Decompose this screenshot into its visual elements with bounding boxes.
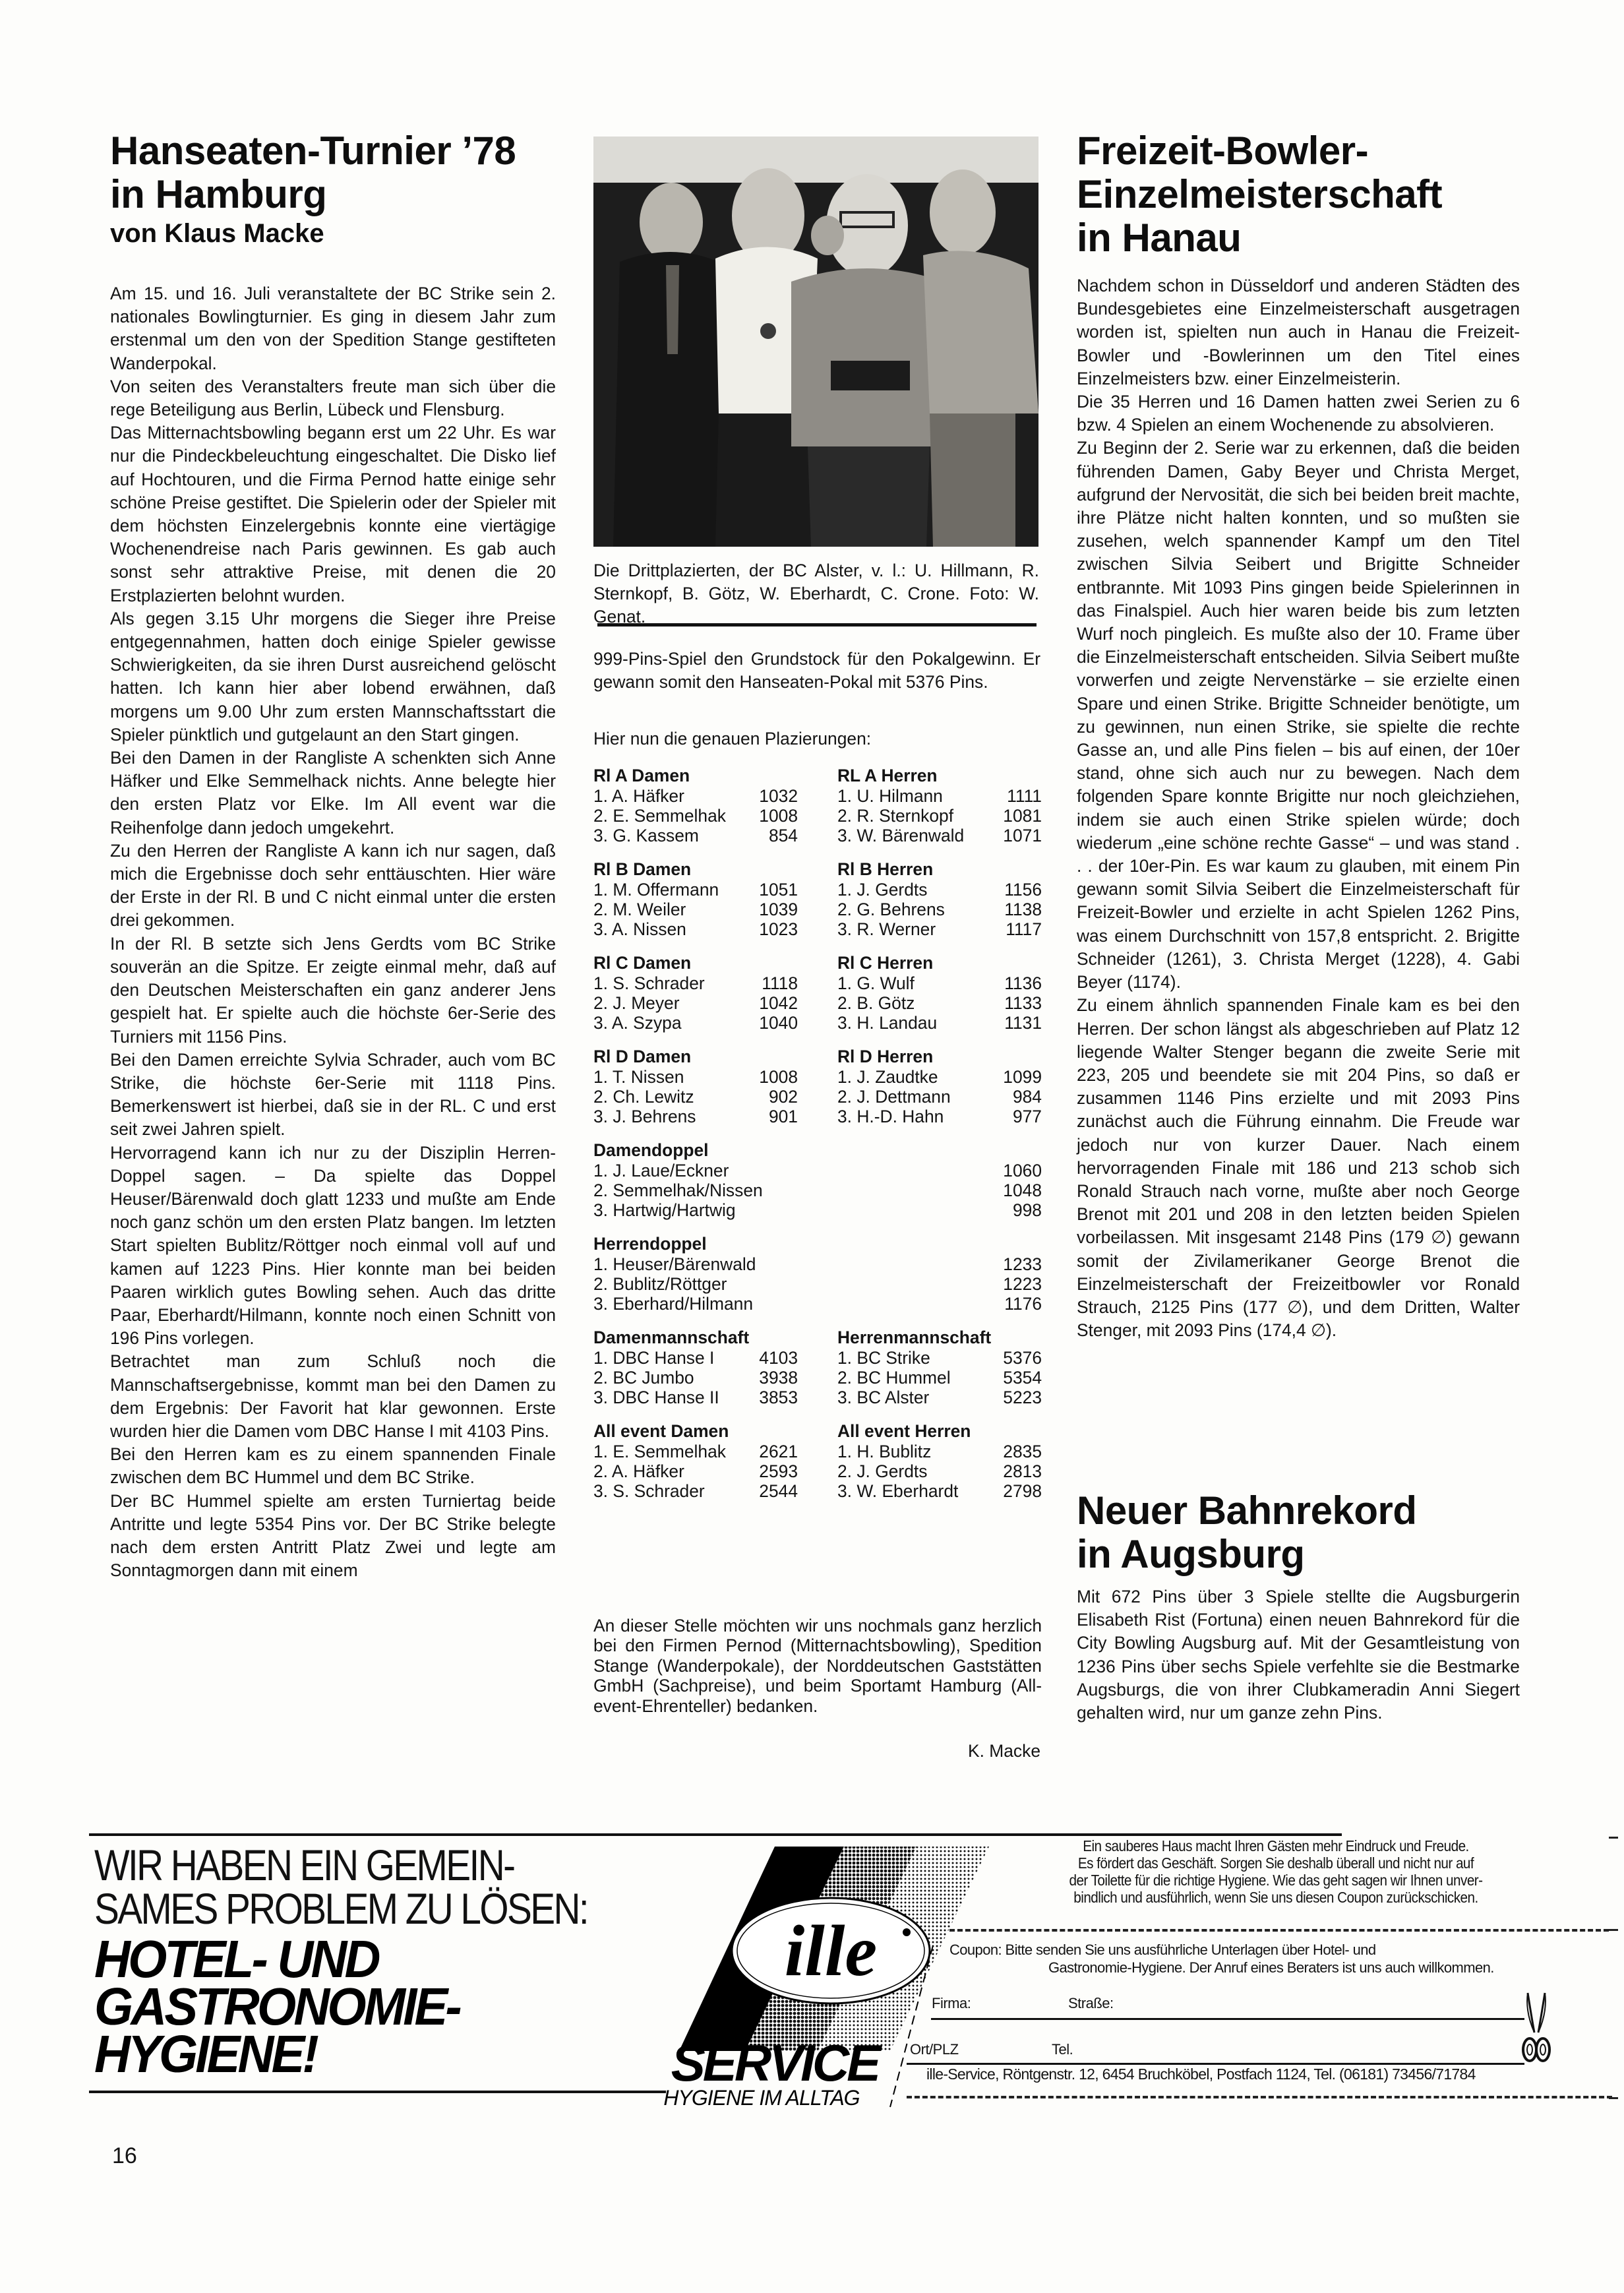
- paragraph: Der BC Hummel spielte am ersten Turniert…: [110, 1490, 556, 1583]
- score: 5376: [1003, 1348, 1042, 1368]
- score: 2621: [759, 1442, 798, 1461]
- crop-mark: [1609, 1929, 1618, 1931]
- player-name: 1. T. Nissen: [593, 1067, 684, 1087]
- ad-slogan: HOTEL- UND GASTRONOMIE- HYGIENE!: [94, 1936, 460, 2078]
- ad-copy-line: der Toilette für die richtige Hygiene. W…: [991, 1872, 1561, 1889]
- paragraph: Als gegen 3.15 Uhr morgens die Sieger ih…: [110, 607, 556, 747]
- player-name: 3. W. Eberhardt: [837, 1481, 958, 1501]
- author-signature: K. Macke: [923, 1741, 1040, 1761]
- score: 1136: [1004, 973, 1042, 993]
- result-entry: 2. J. Gerdts2813: [837, 1461, 1042, 1481]
- results-group-rlc-damen: Rl C Damen 1. S. Schrader1118 2. J. Meye…: [593, 952, 798, 1033]
- score: 1023: [759, 919, 798, 939]
- player-name: 2. Semmelhak/Nissen: [593, 1180, 763, 1200]
- results-row: Rl B Damen 1. M. Offermann1051 2. M. Wei…: [593, 859, 1042, 939]
- result-entry: 1. M. Offermann1051: [593, 880, 798, 900]
- player-name: 3. R. Werner: [837, 919, 936, 939]
- results-group-rla-herren: RL A Herren 1. U. Hilmann1111 2. R. Ster…: [837, 765, 1042, 845]
- result-entry: 2. E. Semmelhak1008: [593, 806, 798, 826]
- firma-strasse-input[interactable]: [931, 2018, 1524, 2020]
- group-title: Rl B Herren: [837, 859, 1042, 880]
- team-name: 1. DBC Hanse I: [593, 1348, 714, 1368]
- results-group-herrendoppel: Herrendoppel 1. Heuser/Bärenwald1233 2. …: [593, 1233, 1042, 1314]
- byline: von Klaus Macke: [110, 218, 556, 249]
- acknowledgement-text: An dieser Stelle möchten wir uns nochmal…: [593, 1616, 1042, 1716]
- result-entry: 1. BC Strike5376: [837, 1348, 1042, 1368]
- title-line: Neuer Bahnrekord: [1077, 1488, 1416, 1533]
- result-entry: 1. S. Schrader1118: [593, 973, 798, 993]
- score: 1039: [759, 900, 798, 919]
- player-name: 2. J. Gerdts: [837, 1461, 927, 1481]
- result-entry: 1. DBC Hanse I4103: [593, 1348, 798, 1368]
- title-line: Einzelmeisterschaft: [1077, 172, 1442, 216]
- player-name: 3. W. Bärenwald: [837, 826, 964, 845]
- paragraph: Betrachtet man zum Schluß noch die Manns…: [110, 1350, 556, 1443]
- result-entry: 3. Hartwig/Hartwig998: [593, 1200, 1042, 1220]
- team-name: 2. BC Hummel: [837, 1368, 951, 1388]
- ort-tel-input[interactable]: [907, 2063, 1524, 2065]
- result-entry: 1. J. Gerdts1156: [837, 880, 1042, 900]
- title-line: Hanseaten-Turnier ’78: [110, 129, 516, 173]
- score: 2813: [1003, 1461, 1042, 1481]
- svg-text:ille: ille: [785, 1911, 878, 1991]
- results-group-damenmannschaft: Damenmannschaft 1. DBC Hanse I4103 2. BC…: [593, 1327, 798, 1407]
- player-name: 1. J. Laue/Eckner: [593, 1161, 729, 1180]
- crop-mark: [1609, 2097, 1618, 2099]
- paragraph: Bei den Herren kam es zu einem spannende…: [110, 1443, 556, 1489]
- ad-copy-line: Ein sauberes Haus macht Ihren Gästen meh…: [991, 1837, 1561, 1854]
- svg-text:SERVICE: SERVICE: [671, 2034, 882, 2092]
- score: 2798: [1003, 1481, 1042, 1501]
- results-group-rlc-herren: Rl C Herren 1. G. Wulf1136 2. B. Götz113…: [837, 952, 1042, 1033]
- score: 1048: [1003, 1180, 1042, 1200]
- score: 901: [769, 1107, 798, 1126]
- result-entry: 3. S. Schrader2544: [593, 1481, 798, 1501]
- paragraph: Nachdem schon in Düsseldorf und anderen …: [1077, 274, 1520, 390]
- result-entry: 1. J. Zaudtke1099: [837, 1067, 1042, 1087]
- page-number: 16: [112, 2143, 137, 2169]
- result-entry: 2. Bublitz/Röttger1223: [593, 1274, 1042, 1294]
- player-name: 3. A. Szypa: [593, 1013, 682, 1033]
- player-name: 1. U. Hilmann: [837, 786, 943, 806]
- results-row: Rl A Damen 1. A. Häfker1032 2. E. Semmel…: [593, 765, 1042, 845]
- result-entry: 1. J. Laue/Eckner1060: [593, 1161, 1042, 1180]
- score: 998: [1013, 1200, 1042, 1220]
- group-title: Damendoppel: [593, 1140, 1042, 1161]
- field-label-firma: Firma:: [932, 1995, 971, 2012]
- ad-headline-line: WIR HABEN EIN GEMEIN-: [94, 1841, 514, 1889]
- result-entry: 2. A. Häfker2593: [593, 1461, 798, 1481]
- score: 1071: [1003, 826, 1042, 845]
- player-name: 1. H. Bublitz: [837, 1442, 931, 1461]
- paragraph: Bei den Damen in der Rangliste A schenkt…: [110, 747, 556, 840]
- player-name: 2. G. Behrens: [837, 900, 945, 919]
- result-entry: 1. G. Wulf1136: [837, 973, 1042, 993]
- results-intro: Hier nun die genauen Plazierungen:: [593, 727, 1040, 750]
- result-entry: 1. U. Hilmann1111: [837, 786, 1042, 806]
- player-name: 1. J. Zaudtke: [837, 1067, 938, 1087]
- article-title: Freizeit-Bowler- Einzelmeisterschaft in …: [1077, 129, 1520, 260]
- score: 1111: [1007, 786, 1042, 806]
- paragraph: Von seiten des Veranstalters freute man …: [110, 375, 556, 421]
- score: 2593: [759, 1461, 798, 1481]
- team-name: 1. BC Strike: [837, 1348, 930, 1368]
- group-title: Herrenmannschaft: [837, 1327, 1042, 1348]
- score: 4103: [759, 1348, 798, 1368]
- ad-slogan-line: HYGIENE!: [94, 2025, 316, 2083]
- result-entry: 3. BC Alster5223: [837, 1388, 1042, 1407]
- article-body: Nachdem schon in Düsseldorf und anderen …: [1077, 274, 1520, 1342]
- article-hanau: Freizeit-Bowler- Einzelmeisterschaft in …: [1077, 0, 1520, 1342]
- player-name: 3. Eberhard/Hilmann: [593, 1294, 753, 1314]
- paragraph: Zu den Herren der Rangliste A kann ich n…: [110, 840, 556, 932]
- group-title: Damenmannschaft: [593, 1327, 798, 1348]
- result-entry: 3. W. Eberhardt2798: [837, 1481, 1042, 1501]
- player-name: 2. J. Dettmann: [837, 1087, 951, 1107]
- paragraph: In der Rl. B setzte sich Jens Gerdts vom…: [110, 932, 556, 1049]
- result-entry: 3. G. Kassem854: [593, 826, 798, 845]
- score: 1099: [1003, 1067, 1042, 1087]
- team-name: 2. BC Jumbo: [593, 1368, 694, 1388]
- article-body: Am 15. und 16. Juli veranstaltete der BC…: [110, 282, 556, 1582]
- score: 1233: [1003, 1254, 1042, 1274]
- article-augsburg: Neuer Bahnrekord in Augsburg Mit 672 Pin…: [1077, 1489, 1520, 1725]
- player-name: 1. J. Gerdts: [837, 880, 927, 900]
- result-entry: 1. A. Häfker1032: [593, 786, 798, 806]
- player-name: 3. J. Behrens: [593, 1107, 696, 1126]
- score: 902: [769, 1087, 798, 1107]
- group-title: Rl D Damen: [593, 1046, 798, 1067]
- coupon-cut-line: [949, 1929, 1609, 1932]
- article-hanseaten: Hanseaten-Turnier ’78 in Hamburg von Kla…: [110, 0, 556, 1582]
- coupon-cut-line: [907, 2096, 1612, 2098]
- results-row: Rl D Damen 1. T. Nissen1008 2. Ch. Lewit…: [593, 1046, 1042, 1126]
- result-entry: 3. J. Behrens901: [593, 1107, 798, 1126]
- field-label-strasse: Straße:: [1068, 1995, 1114, 2012]
- score: 2835: [1003, 1442, 1042, 1461]
- crop-mark: [1609, 1837, 1618, 1839]
- player-name: 3. H.-D. Hahn: [837, 1107, 944, 1126]
- player-name: 2. E. Semmelhak: [593, 806, 726, 826]
- team-name: 3. BC Alster: [837, 1388, 929, 1407]
- paragraph: Zu einem ähnlich spannenden Finale kam e…: [1077, 994, 1520, 1342]
- player-name: 3. Hartwig/Hartwig: [593, 1200, 736, 1220]
- score: 1223: [1003, 1274, 1042, 1294]
- score: 977: [1013, 1107, 1042, 1126]
- paragraph: Am 15. und 16. Juli veranstaltete der BC…: [110, 282, 556, 375]
- score: 1032: [759, 786, 798, 806]
- group-title: All event Herren: [837, 1421, 1042, 1442]
- result-entry: 2. R. Sternkopf1081: [837, 806, 1042, 826]
- results-group-damendoppel: Damendoppel 1. J. Laue/Eckner1060 2. Sem…: [593, 1140, 1042, 1220]
- player-name: 3. G. Kassem: [593, 826, 699, 845]
- player-name: 2. Bublitz/Röttger: [593, 1274, 727, 1294]
- player-name: 3. S. Schrader: [593, 1481, 705, 1501]
- score: 1156: [1004, 880, 1042, 900]
- article-title: Hanseaten-Turnier ’78 in Hamburg: [110, 129, 556, 216]
- player-name: 3. H. Landau: [837, 1013, 937, 1033]
- ad-copy: Ein sauberes Haus macht Ihren Gästen meh…: [991, 1837, 1561, 1906]
- score: 3938: [759, 1368, 798, 1388]
- results-table: Rl A Damen 1. A. Häfker1032 2. E. Semmel…: [593, 765, 1042, 1501]
- result-entry: 3. R. Werner1117: [837, 919, 1042, 939]
- paragraph: Zu Beginn der 2. Serie war zu erkennen, …: [1077, 437, 1520, 994]
- result-entry: 1. T. Nissen1008: [593, 1067, 798, 1087]
- results-group-allevent-damen: All event Damen 1. E. Semmelhak2621 2. A…: [593, 1421, 798, 1501]
- player-name: 2. B. Götz: [837, 993, 915, 1013]
- result-entry: 3. H. Landau1131: [837, 1013, 1042, 1033]
- photo-caption: Die Drittplazierten, der BC Alster, v. l…: [593, 559, 1039, 628]
- result-entry: 1. Heuser/Bärenwald1233: [593, 1254, 1042, 1274]
- score: 5223: [1003, 1388, 1042, 1407]
- results-group-herrenmannschaft: Herrenmannschaft 1. BC Strike5376 2. BC …: [837, 1327, 1042, 1407]
- article-body: Mit 672 Pins über 3 Spiele stellte die A…: [1077, 1585, 1520, 1725]
- article-title: Neuer Bahnrekord in Augsburg: [1077, 1489, 1520, 1576]
- score: 1060: [1003, 1161, 1042, 1180]
- results-row: All event Damen 1. E. Semmelhak2621 2. A…: [593, 1421, 1042, 1501]
- score: 854: [769, 826, 798, 845]
- ad-address: ille-Service, Röntgenstr. 12, 6454 Bruch…: [926, 2065, 1476, 2083]
- player-name: 2. A. Häfker: [593, 1461, 684, 1481]
- score: 1138: [1004, 900, 1042, 919]
- coupon: Coupon: Bitte senden Sie uns ausführlich…: [943, 1941, 1602, 1976]
- player-name: 1. M. Offermann: [593, 880, 719, 900]
- group-title: All event Damen: [593, 1421, 798, 1442]
- results-row: Rl C Damen 1. S. Schrader1118 2. J. Meye…: [593, 952, 1042, 1033]
- score: 1133: [1004, 993, 1042, 1013]
- group-title: Rl B Damen: [593, 859, 798, 880]
- score: 1118: [762, 973, 798, 993]
- score: 5354: [1003, 1368, 1042, 1388]
- player-name: 1. Heuser/Bärenwald: [593, 1254, 756, 1274]
- result-entry: 1. H. Bublitz2835: [837, 1442, 1042, 1461]
- player-name: 1. A. Häfker: [593, 786, 684, 806]
- group-title: Rl D Herren: [837, 1046, 1042, 1067]
- player-name: 3. A. Nissen: [593, 919, 686, 939]
- ad-bottom-rule: [89, 2091, 666, 2093]
- player-name: 1. E. Semmelhak: [593, 1442, 726, 1461]
- group-title: RL A Herren: [837, 765, 1042, 786]
- score: 1008: [759, 806, 798, 826]
- results-group-rld-herren: Rl D Herren 1. J. Zaudtke1099 2. J. Dett…: [837, 1046, 1042, 1126]
- result-entry: 2. J. Meyer1042: [593, 993, 798, 1013]
- group-title: Rl C Herren: [837, 952, 1042, 973]
- group-title: Herrendoppel: [593, 1233, 1042, 1254]
- player-name: 2. R. Sternkopf: [837, 806, 953, 826]
- score: 1117: [1006, 919, 1042, 939]
- result-entry: 3. Eberhard/Hilmann1176: [593, 1294, 1042, 1314]
- score: 1008: [759, 1067, 798, 1087]
- paragraph: Die 35 Herren und 16 Damen hatten zwei S…: [1077, 390, 1520, 437]
- player-name: 1. G. Wulf: [837, 973, 915, 993]
- result-entry: 2. J. Dettmann984: [837, 1087, 1042, 1107]
- coupon-line: Gastronomie-Hygiene. Der Anruf eines Ber…: [943, 1959, 1602, 1976]
- results-group-rlb-herren: Rl B Herren 1. J. Gerdts1156 2. G. Behre…: [837, 859, 1042, 939]
- result-entry: 3. W. Bärenwald1071: [837, 826, 1042, 845]
- paragraph: Hervorragend kann ich nur zu der Diszipl…: [110, 1142, 556, 1351]
- results-group-rld-damen: Rl D Damen 1. T. Nissen1008 2. Ch. Lewit…: [593, 1046, 798, 1126]
- result-entry: 2. G. Behrens1138: [837, 900, 1042, 919]
- player-name: 2. Ch. Lewitz: [593, 1087, 694, 1107]
- ad-copy-line: Es fördert das Geschäft. Sorgen Sie desh…: [991, 1854, 1561, 1872]
- title-line: in Hamburg: [110, 172, 326, 216]
- team-name: 3. DBC Hanse II: [593, 1388, 719, 1407]
- field-label-tel: Tel.: [1052, 2041, 1073, 2058]
- score: 1176: [1004, 1294, 1042, 1314]
- score: 1081: [1003, 806, 1042, 826]
- results-group-rlb-damen: Rl B Damen 1. M. Offermann1051 2. M. Wei…: [593, 859, 798, 939]
- team-photo: [593, 137, 1038, 547]
- result-entry: 1. E. Semmelhak2621: [593, 1442, 798, 1461]
- results-group-rla-damen: Rl A Damen 1. A. Häfker1032 2. E. Semmel…: [593, 765, 798, 845]
- svg-text:HYGIENE IM ALLTAG: HYGIENE IM ALLTAG: [663, 2086, 859, 2110]
- score: 1051: [759, 880, 798, 900]
- result-entry: 2. B. Götz1133: [837, 993, 1042, 1013]
- result-entry: 3. DBC Hanse II3853: [593, 1388, 798, 1407]
- paragraph: Bei den Damen erreichte Sylvia Schrader,…: [110, 1049, 556, 1142]
- score: 1040: [759, 1013, 798, 1033]
- score: 1131: [1004, 1013, 1042, 1033]
- group-title: Rl C Damen: [593, 952, 798, 973]
- player-name: 1. S. Schrader: [593, 973, 705, 993]
- player-name: 2. J. Meyer: [593, 993, 680, 1013]
- ad-headline: WIR HABEN EIN GEMEIN- SAMES PROBLEM ZU L…: [94, 1843, 587, 1930]
- result-entry: 2. Semmelhak/Nissen1048: [593, 1180, 1042, 1200]
- result-entry: 2. BC Hummel5354: [837, 1368, 1042, 1388]
- results-row: Damenmannschaft 1. DBC Hanse I4103 2. BC…: [593, 1327, 1042, 1407]
- result-entry: 2. BC Jumbo3938: [593, 1368, 798, 1388]
- score: 984: [1013, 1087, 1042, 1107]
- coupon-line: Coupon: Bitte senden Sie uns ausführlich…: [943, 1941, 1602, 1959]
- paragraph: Mit 672 Pins über 3 Spiele stellte die A…: [1077, 1585, 1520, 1725]
- photo-image: [593, 137, 1038, 547]
- results-group-allevent-herren: All event Herren 1. H. Bublitz2835 2. J.…: [837, 1421, 1042, 1501]
- score: 1042: [759, 993, 798, 1013]
- divider-rule: [597, 623, 1037, 627]
- result-entry: 3. H.-D. Hahn977: [837, 1107, 1042, 1126]
- continuation-text: 999-Pins-Spiel den Grundstock für den Po…: [593, 648, 1040, 694]
- scissors-icon: [1520, 1992, 1553, 2064]
- ad-copy-line: bindlich und ausführlich, wenn Sie uns d…: [991, 1889, 1561, 1906]
- field-label-ort: Ort/PLZ: [910, 2041, 959, 2058]
- score: 3853: [759, 1388, 798, 1407]
- ad-headline-line: SAMES PROBLEM ZU LÖSEN:: [94, 1884, 587, 1933]
- group-title: Rl A Damen: [593, 765, 798, 786]
- title-line: Freizeit-Bowler-: [1077, 129, 1368, 173]
- result-entry: 2. M. Weiler1039: [593, 900, 798, 919]
- result-entry: 2. Ch. Lewitz902: [593, 1087, 798, 1107]
- paragraph: Das Mitternachtsbowling begann erst um 2…: [110, 421, 556, 607]
- player-name: 2. M. Weiler: [593, 900, 686, 919]
- result-entry: 3. A. Nissen1023: [593, 919, 798, 939]
- result-entry: 3. A. Szypa1040: [593, 1013, 798, 1033]
- title-line: in Augsburg: [1077, 1532, 1305, 1576]
- title-line: in Hanau: [1077, 216, 1241, 260]
- score: 2544: [759, 1481, 798, 1501]
